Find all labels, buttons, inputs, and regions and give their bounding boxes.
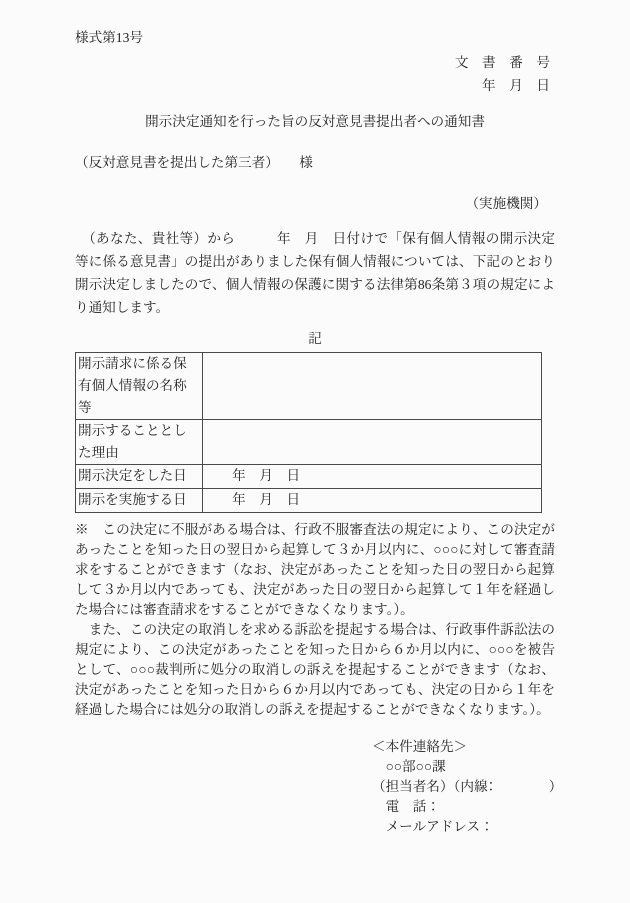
table-row: 開示決定をした日 年 月 日 <box>76 465 542 489</box>
row-value-decision-date: 年 月 日 <box>203 465 542 489</box>
appeal-note-block: ※ この決定に不服がある場合は、行政不服審査法の規定により、この決定があったこと… <box>75 520 555 720</box>
addressee-line: （反対意見書を提出した第三者） 様 <box>75 151 555 174</box>
contact-block: ＜本件連絡先＞ ○○部○○課 （担当者名）（内線： ） 電 話： メールアドレス… <box>372 737 555 837</box>
table-row: 開示請求に係る保有個人情報の名称等 <box>76 353 542 420</box>
document-page: 様式第13号 文 書 番 号 年 月 日 開示決定通知を行った旨の反対意見書提出… <box>0 0 630 903</box>
contact-phone: 電 話： <box>372 797 555 817</box>
appeal-note-paragraph-2: また、この決定の取消しを求める訴訟を提起する場合は、行政事件訴訟法の規定により、… <box>75 620 555 720</box>
contact-header: ＜本件連絡先＞ <box>372 737 555 757</box>
doc-number-placeholder: 文 書 番 号 <box>75 51 550 74</box>
row-label-implementation-date: 開示を実施する日 <box>76 489 203 513</box>
contact-person-extension: （担当者名）（内線： ） <box>372 777 555 797</box>
appeal-note-paragraph-1: ※ この決定に不服がある場合は、行政不服審査法の規定により、この決定があったこと… <box>75 520 555 620</box>
row-value-personal-info-name <box>203 353 542 420</box>
doc-header-right: 文 書 番 号 年 月 日 <box>75 51 555 97</box>
doc-date-placeholder: 年 月 日 <box>75 74 550 97</box>
document-title: 開示決定通知を行った旨の反対意見書提出者への通知書 <box>75 110 555 133</box>
table-row: 開示することとした理由 <box>76 420 542 465</box>
row-label-personal-info-name: 開示請求に係る保有個人情報の名称等 <box>76 353 203 420</box>
form-number: 様式第13号 <box>75 26 555 49</box>
contact-email: メールアドレス： <box>372 817 555 837</box>
row-label-decision-date: 開示決定をした日 <box>76 465 203 489</box>
row-value-disclosure-reason <box>203 420 542 465</box>
contact-department: ○○部○○課 <box>372 757 555 777</box>
table-row: 開示を実施する日 年 月 日 <box>76 489 542 513</box>
agency-line: （実施機関） <box>75 192 555 215</box>
ki-heading: 記 <box>75 327 555 350</box>
row-label-disclosure-reason: 開示することとした理由 <box>76 420 203 465</box>
disclosure-table: 開示請求に係る保有個人情報の名称等 開示することとした理由 開示決定をした日 年… <box>75 352 542 513</box>
row-value-implementation-date: 年 月 日 <box>203 489 542 513</box>
body-paragraph: （あなた、貴社等）から 年 月 日付けで「保有個人情報の開示決定等に係る意見書」… <box>75 227 555 319</box>
